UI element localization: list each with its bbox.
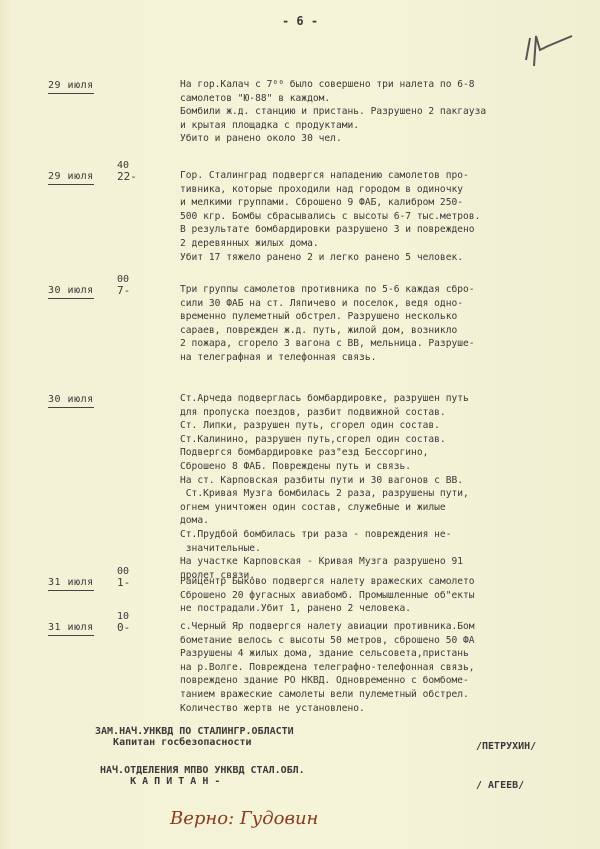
entry-text: Ст.Арчеда подверглась бомбардировке, раз… <box>180 392 590 582</box>
entry-text: Райцентр Быково подвергся налету вражеск… <box>180 575 590 616</box>
entry-date: 31 июля <box>48 622 94 636</box>
entry-date: 30 июля <box>48 394 94 408</box>
entry-date: 29 июля <box>48 171 94 185</box>
entry-text: Три группы самолетов противника по 5-6 к… <box>180 283 590 365</box>
signature-name-2: / АГЕЕВ/ <box>476 780 524 791</box>
document-page: - 6 - 29 июля На гор.Калач с 7⁰⁰ было со… <box>0 0 600 849</box>
entry-text: На гор.Калач с 7⁰⁰ было совершено три на… <box>180 78 590 146</box>
entry-time: 100- <box>117 622 130 634</box>
entry-text: Гор. Сталинград подвергся нападению само… <box>180 169 590 264</box>
entry-time: 4022- <box>117 171 137 183</box>
entry-time: 001- <box>117 577 130 589</box>
entry-date: 31 июля <box>48 577 94 591</box>
page-number: - 6 - <box>0 14 600 28</box>
signature-name-1: /ПЕТРУХИН/ <box>476 741 536 752</box>
entry-date: 30 июля <box>48 285 94 299</box>
entry-time: 007- <box>117 285 130 297</box>
handwritten-margin-mark-icon <box>520 30 580 70</box>
signature-title-1: ЗАМ.НАЧ.УНКВД ПО СТАЛИНГР.ОБЛАСТИ Капита… <box>95 726 294 748</box>
handwritten-certification: Верно: Гудовин <box>170 808 318 829</box>
entry-text: с.Черный Яр подвергся налету авиации про… <box>180 620 590 715</box>
signature-title-2: НАЧ.ОТДЕЛЕНИЯ МПВО УНКВД СТАЛ.ОБЛ. К А П… <box>100 765 305 787</box>
entry-date: 29 июля <box>48 80 94 94</box>
